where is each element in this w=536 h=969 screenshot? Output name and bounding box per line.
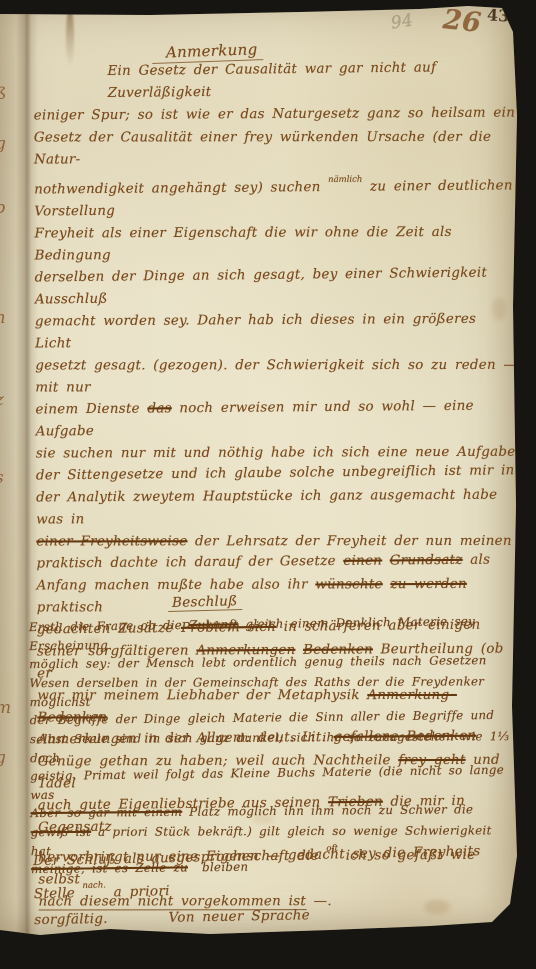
manuscript-line: deutschen Mercur. [87,927,505,958]
manuscript-line: nothwendigkeit angehängt sey) suchen näm… [34,167,516,223]
facing-page-letter: m [0,698,11,718]
facing-page-letter: z [0,390,4,410]
manuscript-line: Freyheit als einer Eigenschaft die wir o… [34,222,516,268]
manuscript-line: derselben der Dinge an sich gesagt, bey … [35,262,517,311]
scan-background: { "folio": { "pencil": "94", "ink": "26"… [0,0,536,969]
manuscript-page: ßgbhzsmg 94 26 43 Anmerkung Ein Gesetz d… [0,6,518,941]
folio-number-pencil: 94 [390,10,415,33]
closing-lines: Der Schluß als ausgesprochen — gedacht s… [33,840,505,959]
facing-page-letter: g [0,134,6,154]
manuscript-line: Gesetz der Causalität einer frey würkend… [34,127,516,172]
manuscript-line: geistig. Primat weil folgt das Kleine Bu… [30,760,518,804]
facing-page-letter: s [0,468,4,488]
manuscript-line: Der Schluß als ausgesprochen — gedacht s… [33,838,504,907]
manuscript-line: Wesen derselben in der Gemeinschaft des … [29,672,517,711]
manuscript-line: gesetzt gesagt. (gezogen). der Schwierig… [35,355,517,400]
facing-page-edge: ßgbhzsmg [0,6,13,941]
manuscript-line: Ein Gesetz der Causalität war gar nicht … [107,57,515,105]
facing-page-letter: h [0,308,6,328]
section-heading-beschluss: Beschluß [168,593,242,612]
ink-stain [66,6,74,68]
manuscript-line: der Sittengesetze und ich glaube solche … [36,460,518,487]
manuscript-line: möglich sey: der Mensch lebt ordentlich … [29,651,517,674]
manuscript-line: der Analytik zweytem Hauptstücke ich gan… [36,485,518,532]
manuscript-line: einem Dienste das noch erweisen mir und … [35,395,517,443]
facing-page-letter: ß [0,84,6,104]
manuscript-line: Erstl. die Frage ob die Zukunft gleich e… [29,611,517,655]
manuscript-line: Aber so gar mit einem Platz möglich ihn … [30,800,518,823]
manuscript-line: gemacht worden sey. Daher hab ich dieses… [35,309,517,356]
folio-number-corner: 43 [487,5,510,25]
manuscript-line: einiger Spur; so ist wie er das Naturges… [34,103,516,128]
facing-page-letter: b [0,198,6,218]
folio-number-ink: 26 [441,4,482,39]
manuscript-line: praktisch dachte ich darauf der Gesetze … [36,549,518,575]
facing-page-letter: g [0,748,6,768]
